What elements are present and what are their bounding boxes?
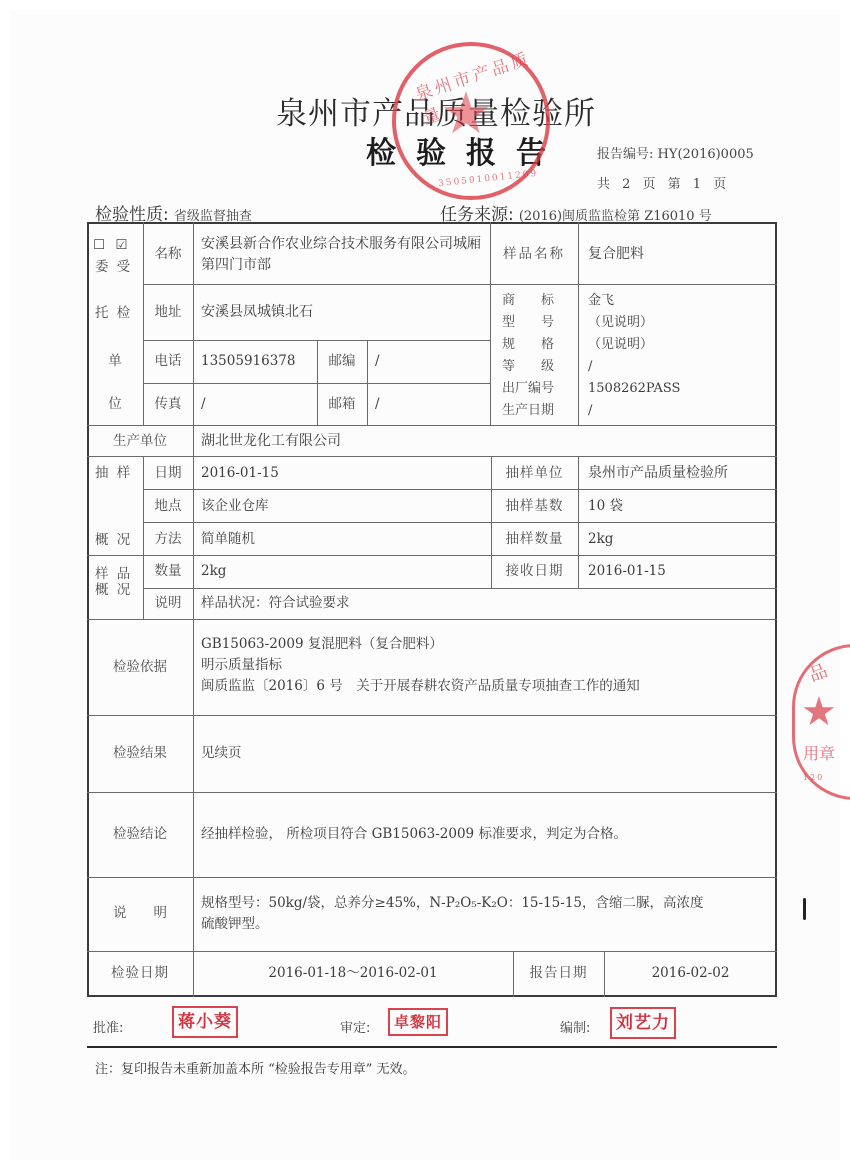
sample-name: 复合肥料 [588, 244, 644, 265]
client-label-1: 委 受 [95, 257, 132, 278]
spec-value: （见说明） [588, 334, 680, 356]
client-name-label: 名称 [143, 244, 193, 265]
entrust-checkbox-row: ☐ ☑ [93, 235, 128, 256]
sample-status-label-top: 样 品 [95, 566, 132, 582]
sampling-method: 简单随机 [201, 529, 255, 550]
approve-label: 批准: [93, 1017, 123, 1036]
footer-divider [87, 1046, 777, 1048]
report-number-label: 报告编号: [597, 147, 653, 162]
sampling-label-bottom: 概 况 [95, 530, 132, 551]
basis-label: 检验依据 [87, 657, 193, 678]
sampling-date-label: 日期 [143, 463, 193, 484]
basis-line-2: 明示质量指标 [201, 655, 640, 676]
report-date: 2016-02-02 [604, 963, 777, 984]
sample-name-label: 样品名称 [490, 244, 578, 265]
client-phone-label: 电话 [143, 351, 193, 372]
manufacturer-label: 生产单位 [87, 431, 193, 452]
production-date-value: / [588, 400, 680, 422]
inspection-date: 2016-01-18～2016-02-01 [193, 963, 513, 984]
brand-label: 商 标 [502, 290, 554, 312]
approve-signature-seal: 蒋小葵 [172, 1006, 238, 1038]
brand-value: 金飞 [588, 290, 680, 312]
org-title: 泉州市产品质量检验所 [276, 88, 596, 133]
scan-artifact-mark [803, 898, 806, 920]
factory-number-value: 1508262PASS [588, 378, 680, 400]
client-fax-label: 传真 [143, 394, 193, 415]
report-date-label: 报告日期 [513, 963, 604, 984]
page-info: 共 2 页 第 1 页 [597, 173, 730, 192]
checkbox-entrust[interactable]: ☐ [93, 237, 105, 253]
inspection-date-label: 检验日期 [87, 963, 193, 984]
client-label-2: 托 检 [95, 303, 132, 324]
sample-status-label-bottom: 概 况 [95, 582, 132, 598]
sampling-label-top: 抽 样 [95, 463, 132, 484]
sampling-date: 2016-01-15 [201, 463, 279, 484]
client-fax: / [201, 394, 206, 415]
sample-attribute-labels: 商 标 型 号 规 格 等 级 出厂编号 生产日期 [502, 290, 554, 422]
sample-attribute-values: 金飞 （见说明） （见说明） / 1508262PASS / [588, 290, 680, 422]
model-label: 型 号 [502, 312, 554, 334]
sample-quantity-label: 数量 [143, 561, 193, 582]
remarks-line-1: 规格型号：50kg/袋，总养分≥45%，N-P₂O₅-K₂O：15-15-15，… [201, 893, 704, 914]
remarks-text: 规格型号：50kg/袋，总养分≥45%，N-P₂O₅-K₂O：15-15-15，… [201, 893, 704, 935]
client-phone: 13505916378 [201, 351, 295, 372]
report-number-value: HY(2016)0005 [658, 147, 754, 162]
production-date-label: 生产日期 [502, 400, 554, 422]
sampling-place-label: 地点 [143, 496, 193, 517]
model-value: （见说明） [588, 312, 680, 334]
client-email: / [375, 394, 380, 415]
client-email-label: 邮箱 [317, 394, 367, 415]
conclusion-value: 经抽样检验， 所检项目符合 GB15063-2009 标准要求，判定为合格。 [201, 824, 627, 845]
review-label: 审定: [340, 1017, 370, 1036]
client-label-3: 单 [87, 351, 143, 372]
sampling-place: 该企业仓库 [201, 496, 269, 517]
grade-value: / [588, 356, 680, 378]
sample-note: 样品状况：符合试验要求 [201, 593, 350, 614]
result-value: 见续页 [201, 743, 242, 764]
sample-note-label: 说明 [143, 593, 193, 614]
basis-lines: GB15063-2009 复混肥料（复合肥料） 明示质量指标 闽质监监〔2016… [201, 634, 640, 697]
factory-number-label: 出厂编号 [502, 378, 554, 400]
sampling-unit-label: 抽样单位 [491, 463, 578, 484]
sampling-base-label: 抽样基数 [491, 496, 578, 517]
compile-label: 编制: [560, 1017, 590, 1036]
review-signature-seal: 卓黎阳 [388, 1008, 448, 1036]
result-label: 检验结果 [87, 743, 193, 764]
spec-label: 规 格 [502, 334, 554, 356]
client-postcode: / [375, 351, 380, 372]
report-number: 报告编号: HY(2016)0005 [597, 143, 754, 162]
sampling-quantity: 2kg [588, 529, 613, 550]
sample-quantity: 2kg [201, 561, 226, 582]
basis-line-3: 闽质监监〔2016〕6 号 关于开展春耕农资产品质量专项抽查工作的通知 [201, 676, 640, 697]
footer-note: 注：复印报告未重新加盖本所 “检验报告专用章” 无效。 [95, 1058, 416, 1077]
sampling-quantity-label: 抽样数量 [491, 529, 578, 550]
sampling-base: 10 袋 [588, 496, 623, 517]
receive-date: 2016-01-15 [588, 561, 666, 582]
manufacturer-value: 湖北世龙化工有限公司 [201, 431, 341, 452]
remarks-label: 说 明 [87, 903, 193, 924]
client-label-4: 位 [87, 394, 143, 415]
compile-signature-seal: 刘艺力 [610, 1007, 676, 1039]
client-address: 安溪县凤城镇北石 [201, 302, 313, 323]
conclusion-label: 检验结论 [87, 824, 193, 845]
basis-line-1: GB15063-2009 复混肥料（复合肥料） [201, 634, 640, 655]
client-address-label: 地址 [143, 302, 193, 323]
receive-date-label: 接收日期 [491, 561, 578, 582]
document-title: 检验报告 [366, 128, 566, 172]
client-postcode-label: 邮编 [317, 351, 367, 372]
client-name: 安溪县新合作农业综合技术服务有限公司城厢第四门市部 [201, 234, 486, 276]
remarks-line-2: 硫酸钾型。 [201, 914, 704, 935]
sampling-method-label: 方法 [143, 529, 193, 550]
sampling-unit: 泉州市产品质量检验所 [588, 463, 728, 484]
checkbox-inspected[interactable]: ☑ [115, 237, 127, 253]
grade-label: 等 级 [502, 356, 554, 378]
